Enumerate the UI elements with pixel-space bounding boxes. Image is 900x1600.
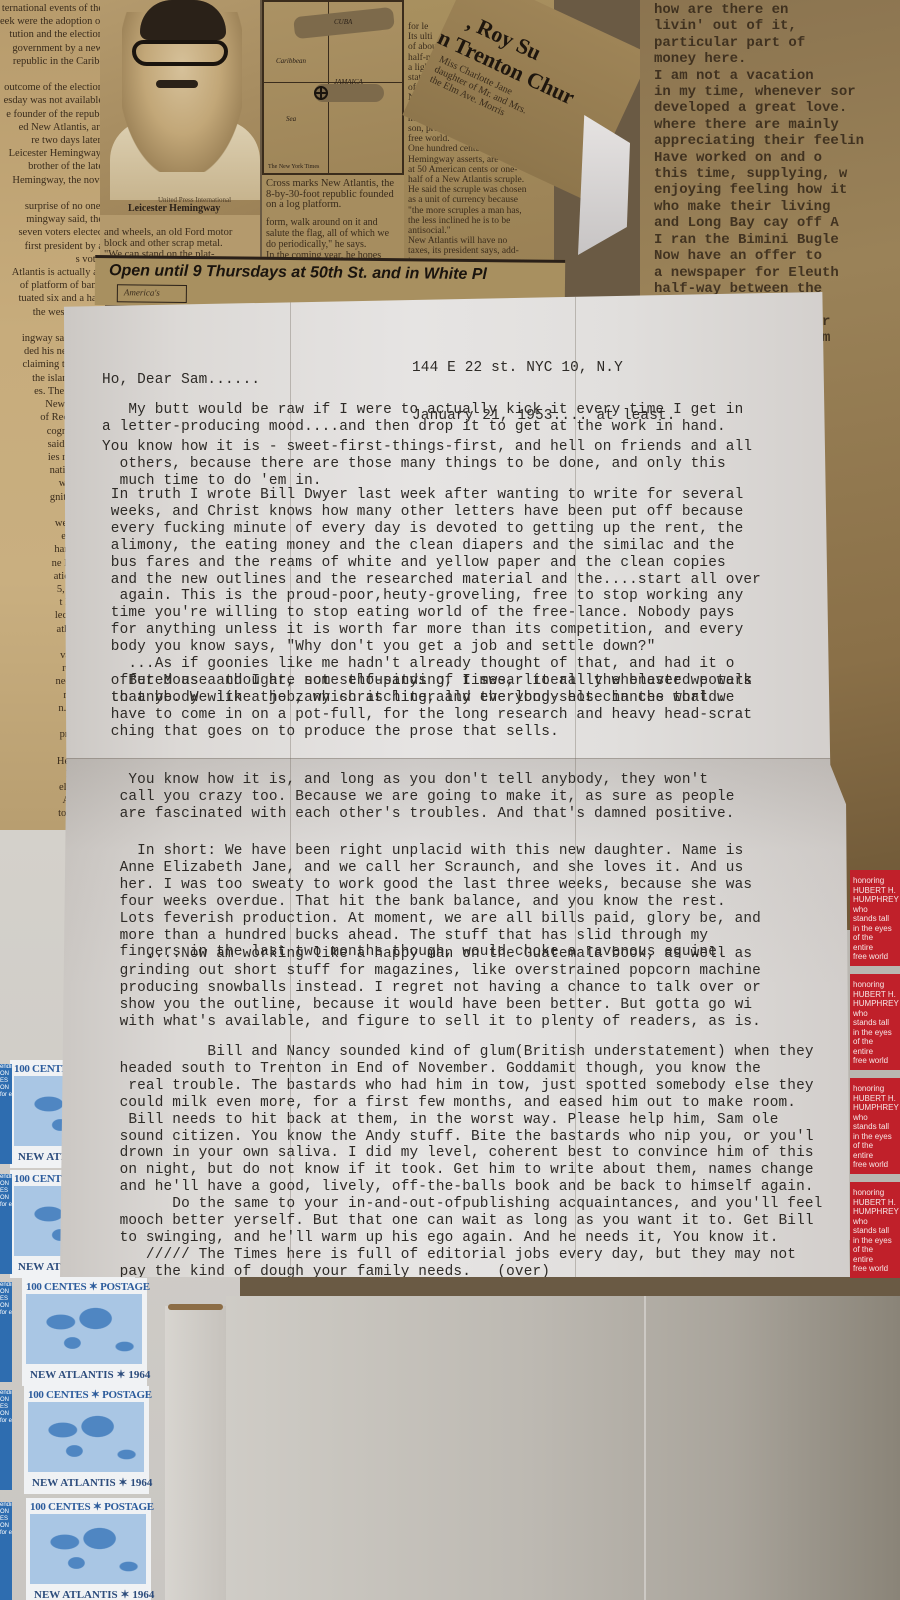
typed-line: developed a great love. [654,100,900,116]
stamp-text-line: of the [853,1037,900,1047]
letter-line: Lots feverish production. At moment, we … [102,911,761,928]
humphrey-stamp: honoringHUBERT H.HUMPHREYwhostands talli… [850,870,900,966]
newspaper-line: eek were the adoption of [0,15,103,28]
letter-line: In truth I wrote Bill Dwyer last week af… [102,487,761,504]
letter-line: more than a hundred bucks ahead. The stu… [102,928,761,945]
letter-line: call you crazy too. Because we are going… [102,789,735,806]
letter-line: every fucking minute of every day is dev… [102,521,761,538]
stamp-side-tab: ending ON ES ON for e [0,1174,12,1274]
stamp-world-map-icon [26,1294,142,1364]
banner-box: America's [117,284,187,303]
letter-paragraph: My butt would be raw if I were to actual… [102,402,743,436]
humphrey-stamp: honoringHUBERT H.HUMPHREYwhostands talli… [850,974,900,1070]
letter-address: 144 E 22 st. NYC 10, N.Y January 21, 195… [412,328,676,456]
newspaper-line: tuated six and a half [0,292,103,305]
newspaper-line: He said the scruple was chosen [408,185,554,195]
letter-paragraph: ....Now am working like a happy man on t… [102,946,761,1031]
stamp-text-line: stands tall [853,1122,900,1132]
red-stamp-strip: honoringHUBERT H.HUMPHREYwhostands talli… [846,930,900,1240]
stamp-text-line: HUMPHREY [853,895,900,905]
letter-line: drown in your own saliva. I did my level… [102,1145,822,1162]
letter-line: Bill needs to hit back at them, in the w… [102,1112,822,1129]
letter-line: weeks, and Christ knows how many other l… [102,504,761,521]
photo-mustache [156,80,198,88]
stamp-text-line: HUBERT H. [853,990,900,1000]
photo-glasses [132,40,228,66]
typed-line: how are there en [654,2,900,18]
newspaper-line: as a unit of currency because [408,195,554,205]
letter-line: ...As if goonies like me hadn't already … [102,656,761,673]
newspaper-line: the less inclined he is to be [408,216,554,226]
letter-line: Bill and Nancy sounded kind of glum(Brit… [102,1044,822,1061]
new-atlantis-stamp: 100 CENTES ✶ POSTAGENEW ATLANTIS ✶ 1964 [24,1386,149,1494]
letter-line: have to come in on a pot-full, for the l… [102,707,752,724]
letter-line: grinding out short stuff for magazines, … [102,963,761,980]
newspaper-line [0,187,103,200]
humphrey-stamp: honoringHUBERT H.HUMPHREYwhostands talli… [850,1078,900,1174]
letter-line: with what's available, and figure to sel… [102,1014,761,1031]
stamp-text-line: entire [853,1047,900,1057]
stamp-side-tab: ending ON ES ON for e [0,1502,12,1600]
stamp-text-line: HUBERT H. [853,886,900,896]
newspaper-line: of platform of bam- [0,279,103,292]
letter-salutation: Ho, Dear Sam...... [102,372,260,389]
stamp-text-line: free world [853,1056,900,1066]
new-atlantis-stamp: 100 CENTES ✶ POSTAGENEW ATLANTIS ✶ 1964 [26,1498,151,1600]
address-line: 144 E 22 st. NYC 10, N.Y [412,360,676,376]
newspaper-line: New Atlantis will have no [408,236,554,246]
stamp-text-line: in the eyes [853,1132,900,1142]
letter-line: and the new outlines and the researched … [102,572,761,589]
newspaper-line: ternational events of the [0,2,103,15]
stamp-text-line: stands tall [853,1018,900,1028]
stamp-side-tab: ending ON ES ON for e [0,1064,12,1164]
stamp-text-line: honoring [853,1188,900,1198]
typed-line: I am not a vacation [654,68,900,84]
paper-stain [168,1304,223,1310]
stamp-text-line: free world [853,1264,900,1274]
stamp-text-line: in the eyes [853,1236,900,1246]
stamp-text-line: who [853,1113,900,1123]
typed-line: enjoying feeling how it [654,182,900,198]
letter-paragraph: You know how it is - sweet-first-things-… [102,439,752,490]
letter-line: a letter-producing mood....and then drop… [102,419,743,436]
letter-line: could milk even more, for a first few mo… [102,1095,822,1112]
newspaper-line: first president by a [0,240,103,253]
photo-hair [140,0,226,40]
stamp-text-line: of the [853,933,900,943]
newspaper-line: republic in the Carib- [0,55,103,68]
letter-paragraph: You know how it is, and long as you don'… [102,772,735,823]
letter-line: for anything unless it is worth far more… [102,622,761,639]
newspaper-line: e founder of the repub- [0,108,103,121]
letter-line: producing snowballs instead. I regret no… [102,980,761,997]
newspaper-line: s vote. [0,253,103,266]
letter-line: ....Now am working like a happy man on t… [102,946,761,963]
stamp-text-line: who [853,905,900,915]
newspaper-line: surprise of no one, [0,200,103,213]
stamp-text-line: HUBERT H. [853,1094,900,1104]
stamp-side-tab: ending ON ES ON for e [0,1282,12,1382]
typed-line: I ran the Bimini Bugle [654,232,900,248]
stamp-text-line: entire [853,1255,900,1265]
letter-line: In short: We have been right unplacid wi… [102,843,761,860]
letter-line: Anne Elizabeth Jane, and we call her Scr… [102,860,761,877]
letter-line: sound citizen. You know the Andy stuff. … [102,1129,822,1146]
typed-line: particular part of [654,35,900,51]
newspaper-line: outcome of the election [0,81,103,94]
newspaper-line [0,68,103,81]
letter-line: Do the same to your in-and-out-ofpublish… [102,1196,822,1213]
letter-line: show you the outline, because it would h… [102,997,761,1014]
typed-line: livin' out of it, [654,18,900,34]
stamp-text-line: in the eyes [853,1028,900,1038]
new-atlantis-stamp: 100 CENTES ✶ POSTAGENEW ATLANTIS ✶ 1964 [22,1278,147,1386]
newspaper-line: and wheels, an old Ford motor [104,227,260,238]
envelope-edge [165,1306,235,1600]
letter-line: bus fares and the reams of white and yel… [102,555,761,572]
newspaper-line: tution and the election [0,28,103,41]
banner-text: Open until 9 Thursdays at 50th St. and i… [109,262,487,284]
letter-line: You know how it is - sweet-first-things-… [102,439,752,456]
letter-line: again. This is the proud-poor,heuty-grov… [102,588,761,605]
newspaper-line: half of a New Atlantis scruple. [408,175,554,185]
stamp-text-line: HUBERT H. [853,1198,900,1208]
stamp-denomination: 100 CENTES ✶ POSTAGE [28,1388,152,1401]
newspaper-line: "the more scruples a man has, [408,206,554,216]
photo-caption: Leicester Hemingway [128,203,220,214]
map-label-cuba: CUBA [334,18,352,26]
newspaper-line: government by a new [0,42,103,55]
typed-letter: 144 E 22 st. NYC 10, N.Y January 21, 195… [60,292,850,1277]
newspaper-line: esday was not available [0,94,103,107]
letter-line: headed south to Trenton in End of Novemb… [102,1061,822,1078]
stamp-text-line: stands tall [853,1226,900,1236]
newspaper-line: do periodically," he says. [266,239,401,250]
map-label-jamaica: JAMAICA [334,78,363,86]
newspaper-line: salute the flag, all of which we [266,228,401,239]
map-label-caribbean: Caribbean [276,57,306,65]
letter-paragraph: But Mouse and I are not self-pitying, I … [102,673,752,741]
letter-line: My butt would be raw if I were to actual… [102,402,743,419]
stamp-text-line: who [853,1009,900,1019]
newspaper-map-caribbean: CUBA Caribbean JAMAICA Sea The New York … [262,0,404,175]
typed-line: a newspaper for Eleuth [654,265,900,281]
typed-line: appreciating their feelin [654,133,900,149]
typed-line: money here. [654,51,900,67]
blank-lower-sheet [226,1296,900,1600]
letter-line: her. I was too sweaty to work good the l… [102,877,761,894]
letter-line: that be. We like the zany scratching, an… [102,690,752,707]
typed-line: and Long Bay cay off A [654,215,900,231]
typed-line: Have worked on and o [654,150,900,166]
newspaper-photo-leicester-hemingway: United Press International Leicester Hem… [100,0,260,215]
stamp-country-year: NEW ATLANTIS ✶ 1964 [32,1476,152,1489]
newspaper-line: form, walk around on it and [266,217,401,228]
letter-line: ching that goes on to produce the prose … [102,724,752,741]
newspaper-line: seven voters elected [0,226,103,239]
letter-line: are fascinated with each other's trouble… [102,806,735,823]
letter-line: to swinging, and he'll warm up his ego a… [102,1230,822,1247]
newspaper-line: ed New Atlantis, ar- [0,121,103,134]
stamp-text-line: honoring [853,1084,900,1094]
background-white-paper-gap [578,115,630,255]
letter-paragraph: In short: We have been right unplacid wi… [102,843,761,961]
letter-line: and he'll have a good, lively, off-the-b… [102,1179,822,1196]
photo-continuation-text: and wheels, an old Ford motorblock and o… [100,215,260,260]
stamp-text-line: HUMPHREY [853,1103,900,1113]
stamp-world-map-icon [28,1402,144,1472]
letter-line: mooch better yerself. But that one can w… [102,1213,822,1230]
letter-line: real trouble. The bastards who had him i… [102,1078,822,1095]
letter-line: You know how it is, and long as you don'… [102,772,735,789]
stamp-side-tab: ending ON ES ON for e [0,1390,12,1490]
stamp-text-line: of the [853,1245,900,1255]
newspaper-line: re two days later. [0,134,103,147]
stamp-text-line: of the [853,1141,900,1151]
letter-line: alimony, the eating money and the clean … [102,538,761,555]
stamp-text-line: free world [853,1160,900,1170]
stamp-text-line: stands tall [853,914,900,924]
map-caption: Cross marks New Atlantis, the 8-by-30-fo… [266,179,401,211]
letter-line: ///// The Times here is full of editoria… [102,1247,822,1264]
stamp-text-line: in the eyes [853,924,900,934]
letter-paragraph: Bill and Nancy sounded kind of glum(Brit… [102,1044,822,1281]
stamp-country-year: NEW ATLANTIS ✶ 1964 [34,1588,154,1600]
letter-line: body you know says, "Why don't you get a… [102,639,761,656]
sheet-crease [644,1296,646,1600]
stamp-text-line: honoring [853,980,900,990]
stamp-text-line: entire [853,1151,900,1161]
newspaper-line: mingway said, the [0,213,103,226]
newspaper-line: Atlantis is actually an [0,266,103,279]
newspaper-line: brother of the late [0,160,103,173]
letter-line: time you're willing to stop eating world… [102,605,761,622]
newspaper-line: Leicester Hemingway, [0,147,103,160]
typed-line: Now have an offer to [654,248,900,264]
letter-line: others, because there are those many thi… [102,456,752,473]
stamp-country-year: NEW ATLANTIS ✶ 1964 [30,1368,150,1381]
humphrey-stamp: honoringHUBERT H.HUMPHREYwhostands talli… [850,1182,900,1278]
stamp-denomination: 100 CENTES ✶ POSTAGE [30,1500,154,1513]
typed-line: in my time, whenever sor [654,84,900,100]
newspaper-line: Hemingway, the nov- [0,174,103,187]
stamp-text-line: free world [853,952,900,962]
letter-line: on night, but do not know if it took. Ge… [102,1162,822,1179]
stamp-text-line: honoring [853,876,900,886]
typed-line: this time, supplying, w [654,166,900,182]
stamp-world-map-icon [30,1514,146,1584]
stamp-denomination: 100 CENTES ✶ POSTAGE [26,1280,150,1293]
typed-line: who make their living [654,199,900,215]
stamp-text-line: HUMPHREY [853,999,900,1009]
letter-line: But Mouse and I are not self-pitying, I … [102,673,752,690]
map-label-sea: Sea [286,115,296,123]
stamp-text-line: HUMPHREY [853,1207,900,1217]
stamp-text-line: who [853,1217,900,1227]
map-continuation-text: form, walk around on it andsalute the fl… [266,217,401,261]
newspaper-line: antisocial." [408,226,554,236]
letter-line: four weeks overdue. That hit the bank ba… [102,894,761,911]
map-cross-marker-icon [314,86,328,100]
letter-crease-horizontal [60,758,850,759]
map-caption-block: Cross marks New Atlantis, the 8-by-30-fo… [262,175,404,265]
stamp-text-line: entire [853,943,900,953]
map-source: The New York Times [268,164,319,170]
typed-line: where there are mainly [654,117,900,133]
newspaper-line: taxes, its president says, add- [408,246,554,256]
newspaper-line: block and other scrap metal. [104,238,260,249]
